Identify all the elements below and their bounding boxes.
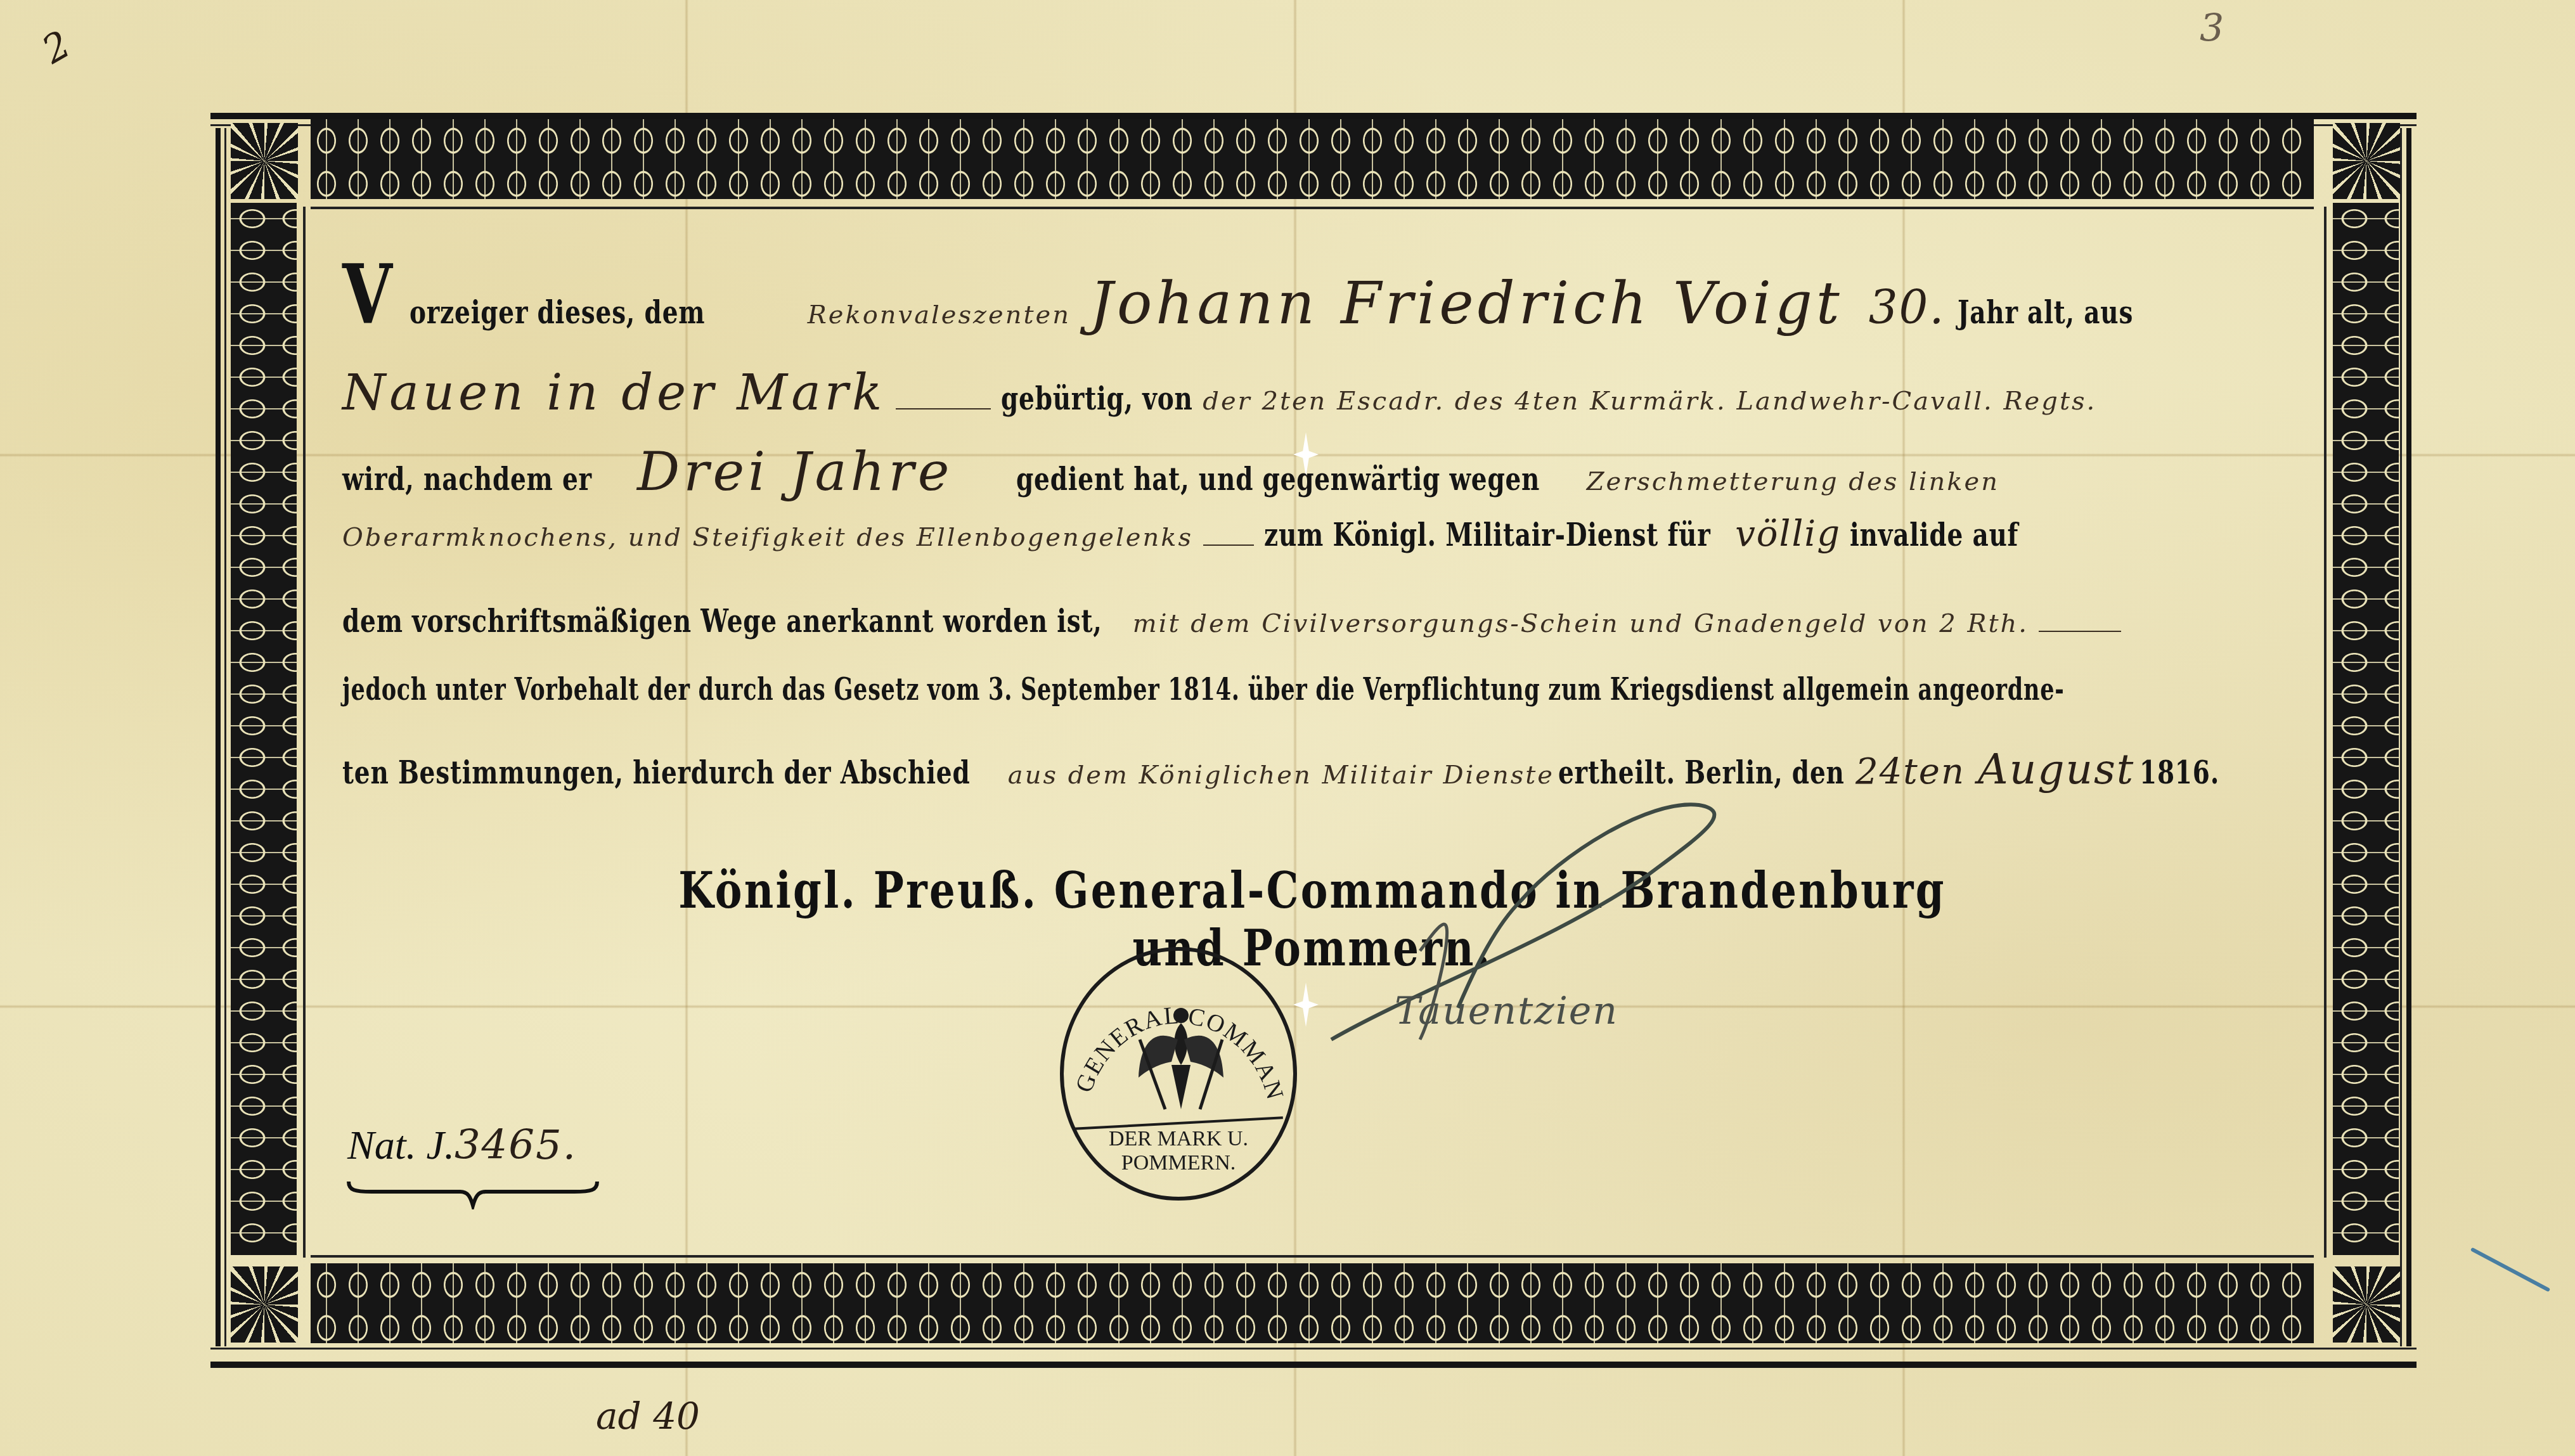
signature: Tauentzien xyxy=(1395,989,1618,1033)
body-line-6: jedoch unter Vorbehalt der durch das Ges… xyxy=(342,672,2282,707)
printed-text: ertheilt. Berlin, den xyxy=(1558,754,1845,791)
printed-year: 1816. xyxy=(2139,754,2219,791)
handwritten-reason: Zerschmetterung des linken xyxy=(1587,467,1999,496)
handwritten-month: August xyxy=(1978,745,2134,794)
registration-number: Nat. J.3465. xyxy=(347,1122,577,1169)
body-line-1: V orzeiger dieses, dem Rekonvaleszenten … xyxy=(342,254,2282,337)
rosette-corner-icon xyxy=(231,1266,298,1343)
body-line-3: wird, nachdem er Drei Jahre gedient hat,… xyxy=(342,441,2282,503)
fill-dash xyxy=(2039,631,2121,632)
printed-text: jedoch unter Vorbehalt der durch das Ges… xyxy=(342,672,2064,707)
printed-text: wird, nachdem er xyxy=(342,460,592,498)
handwritten-reason-cont: Oberarmknochens, und Steifigkeit des Ell… xyxy=(342,523,1193,552)
dropcap: V xyxy=(342,254,392,336)
handwritten-name: Johann Friedrich Voigt xyxy=(1090,269,1843,337)
body-line-4: Oberarmknochens, und Steifigkeit des Ell… xyxy=(342,513,2282,555)
margin-mark-bottom: ad 40 xyxy=(596,1395,700,1438)
fill-dash xyxy=(1203,544,1254,546)
fill-dash xyxy=(896,408,991,409)
frame-band-bottom xyxy=(311,1263,2314,1343)
official-seal: GENERAL COMMANDO DER MARK U. POMMERN. xyxy=(1060,947,1297,1201)
printed-text: dem vorschriftsmäßigen Wege anerkannt wo… xyxy=(342,602,1102,640)
curly-brace-icon xyxy=(346,1178,600,1209)
handwritten-origin: Nauen in der Mark xyxy=(342,364,886,422)
handwritten-degree: völlig xyxy=(1735,513,1841,555)
blue-pencil-mark xyxy=(2470,1247,2550,1292)
handwritten-years: Drei Jahre xyxy=(637,441,953,503)
registration-value: 3465. xyxy=(455,1122,577,1169)
frame-band-right xyxy=(2333,203,2399,1255)
handwritten-unit: der 2ten Escadr. des 4ten Kurmärk. Landw… xyxy=(1203,387,2096,416)
handwritten-age: 30. xyxy=(1869,281,1946,334)
printed-text: Jahr alt, aus xyxy=(1958,293,2133,331)
prussian-eagle-icon xyxy=(1127,1002,1235,1116)
handwritten-discharge: aus dem Königlichen Militair Dienste xyxy=(1008,761,1554,790)
rosette-corner-icon xyxy=(2333,1266,2400,1343)
handwritten-rank: Rekonvaleszenten xyxy=(808,300,1071,330)
body-line-7: ten Bestimmungen, hierdurch der Abschied… xyxy=(342,745,2282,794)
handwritten-benefits: mit dem Civilversorgungs-Schein und Gnad… xyxy=(1133,609,2029,638)
margin-mark-top-right: 3 xyxy=(2200,6,2224,51)
seal-bottom-text: DER MARK U. POMMERN. xyxy=(1064,1127,1293,1175)
frame-band-top xyxy=(311,119,2314,199)
printed-text: invalide auf xyxy=(1850,516,2018,553)
handwritten-day: 24ten xyxy=(1855,751,1965,792)
registration-label: Nat. J. xyxy=(347,1123,455,1168)
body-line-5: dem vorschriftsmäßigen Wege anerkannt wo… xyxy=(342,602,2282,640)
frame-band-left xyxy=(231,203,297,1255)
printed-text: gedient hat, und gegenwärtig wegen xyxy=(1016,460,1540,498)
printed-text: ten Bestimmungen, hierdurch der Abschied xyxy=(342,754,970,791)
margin-mark-top-left: 2 xyxy=(35,22,78,73)
printed-text: gebürtig, von xyxy=(1001,380,1193,417)
printed-text: orzeiger dieses, dem xyxy=(410,293,705,331)
rosette-corner-icon xyxy=(231,123,298,199)
body-line-2: Nauen in der Mark gebürtig, von der 2ten… xyxy=(342,364,2282,422)
printed-text: zum Königl. Militair-Dienst für xyxy=(1264,516,1710,553)
rosette-corner-icon xyxy=(2333,123,2400,199)
